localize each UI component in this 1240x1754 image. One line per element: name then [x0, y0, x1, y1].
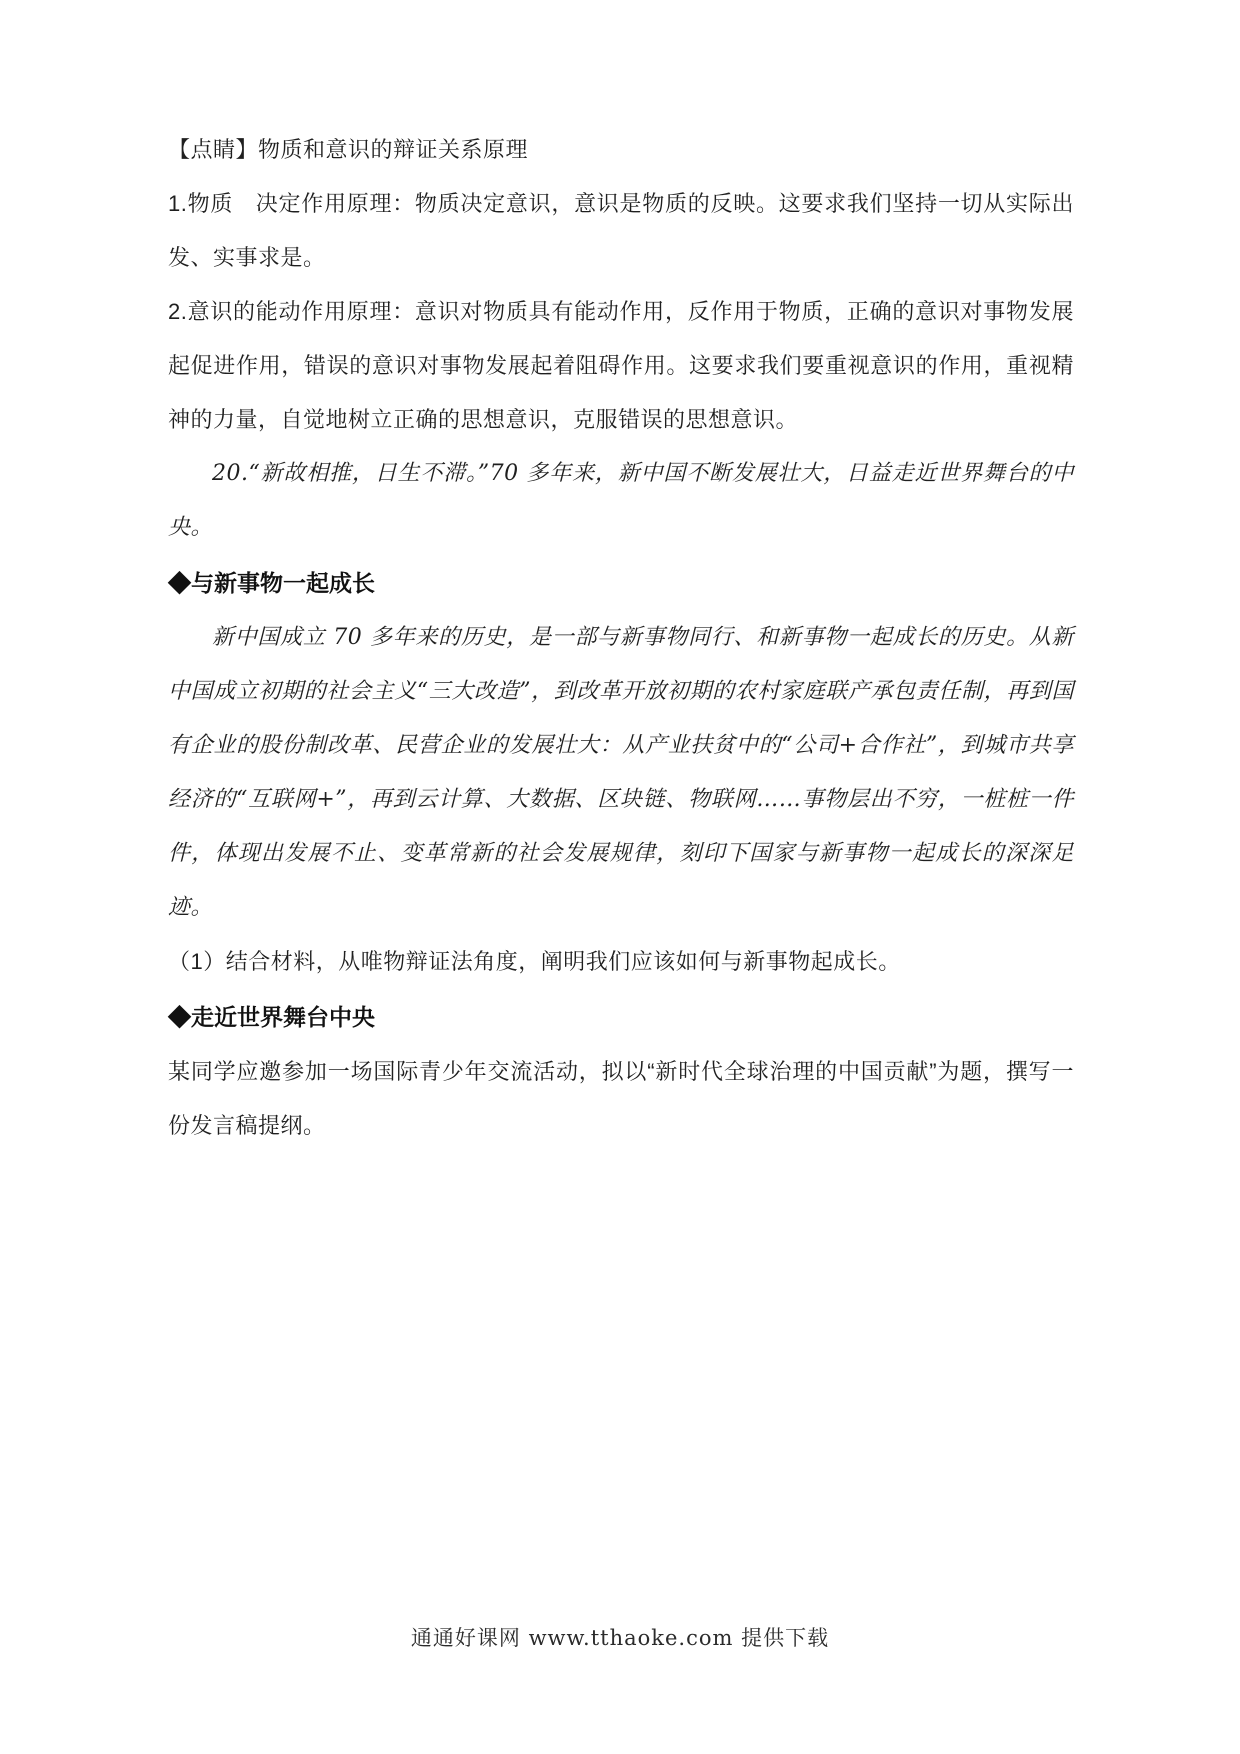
section-heading-approach-world-stage-center: ◆走近世界舞台中央	[168, 995, 1074, 1039]
section2-material-paragraph: 某同学应邀参加一场国际青少年交流活动，拟以“新时代全球治理的中国贡献”为题，撰写…	[168, 1045, 1074, 1153]
principle-2-paragraph: 2.意识的能动作用原理：意识对物质具有能动作用，反作用于物质，正确的意识对事物发…	[168, 285, 1074, 447]
page-footer-watermark: 通通好课网 www.tthaoke.com 提供下载	[0, 1622, 1240, 1652]
document-page: 【点睛】物质和意识的辩证关系原理 1.物质 决定作用原理：物质决定意识，意识是物…	[0, 0, 1240, 1754]
tip-heading: 【点睛】物质和意识的辩证关系原理	[168, 123, 1074, 177]
document-content: 【点睛】物质和意识的辩证关系原理 1.物质 决定作用原理：物质决定意识，意识是物…	[168, 123, 1074, 1153]
principle-1-paragraph: 1.物质 决定作用原理：物质决定意识，意识是物质的反映。这要求我们坚持一切从实际…	[168, 177, 1074, 285]
section1-material-paragraph: 新中国成立 70 多年来的历史，是一部与新事物同行、和新事物一起成长的历史。从新…	[168, 611, 1074, 935]
question-20-intro: 20.“新故相推，日生不滞。”70 多年来，新中国不断发展壮大，日益走近世界舞台…	[168, 447, 1074, 555]
subquestion-1: （1）结合材料，从唯物辩证法角度，阐明我们应该如何与新事物起成长。	[168, 935, 1074, 989]
section-heading-grow-with-new-things: ◆与新事物一起成长	[168, 561, 1074, 605]
